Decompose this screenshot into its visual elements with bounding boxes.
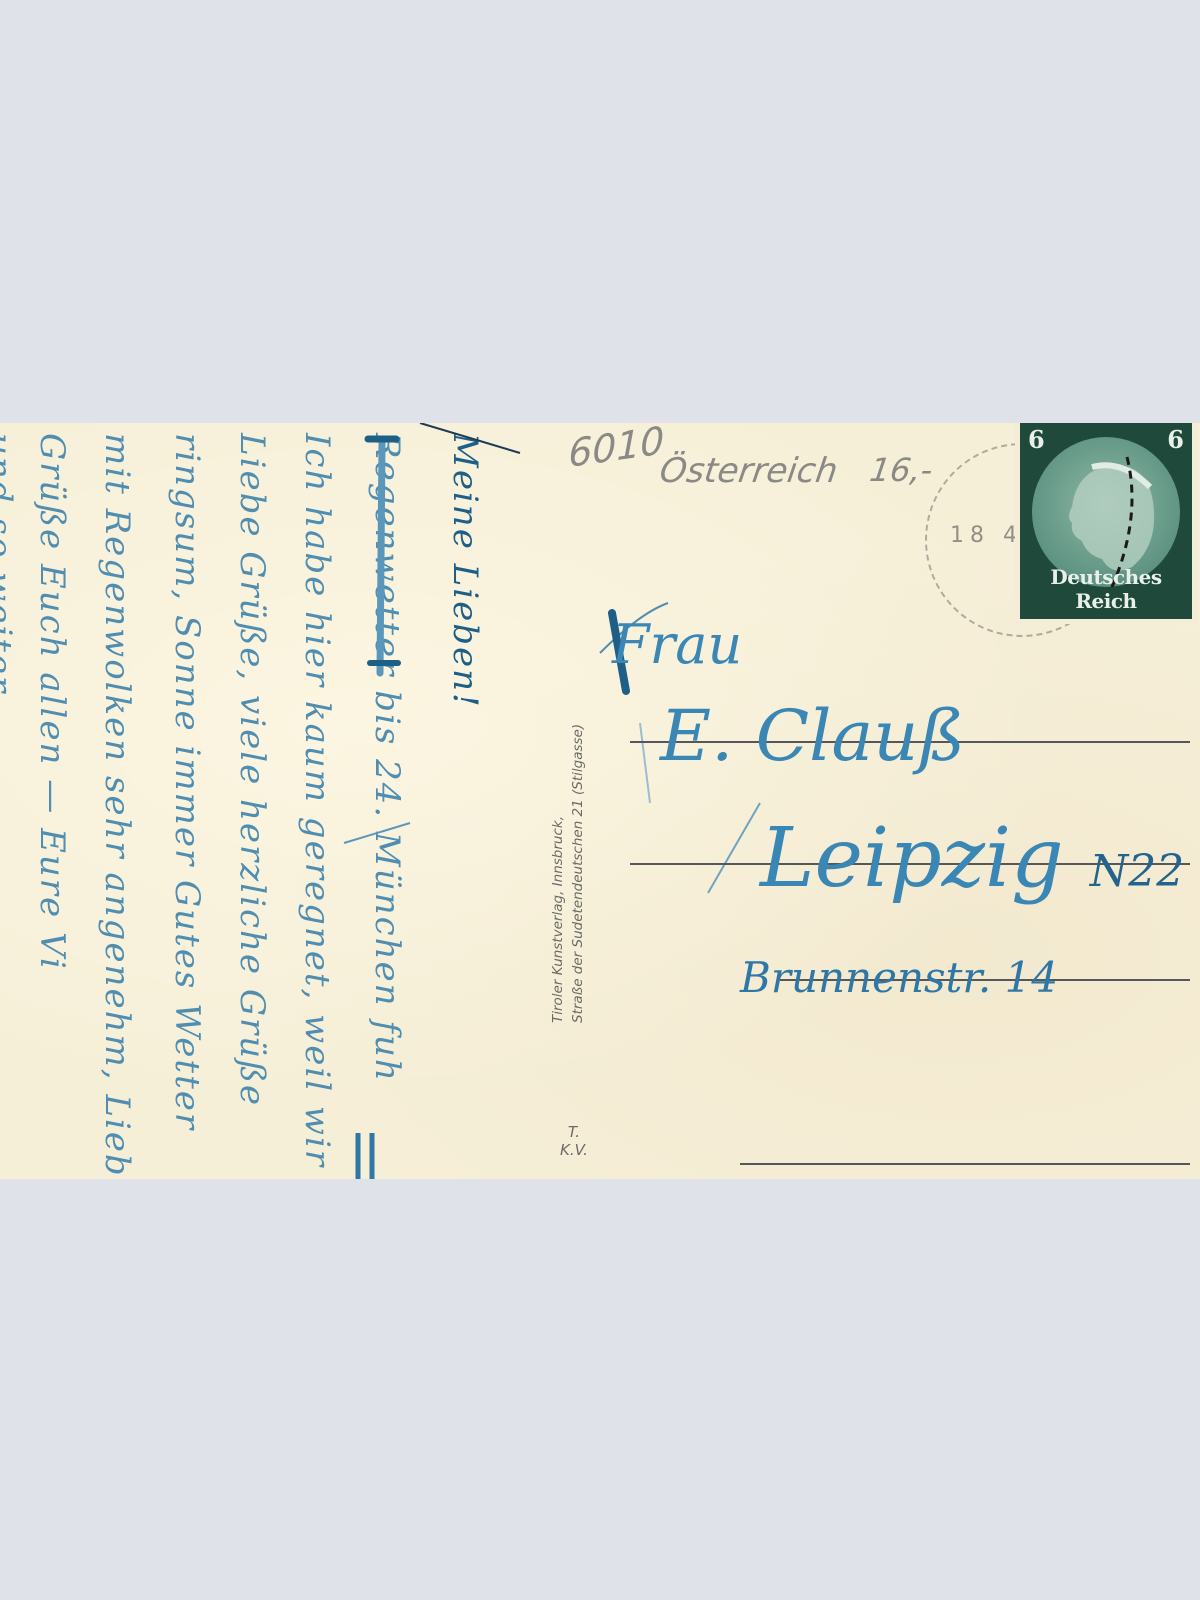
address-city-name: Leipzig bbox=[760, 811, 1064, 906]
address-postal-zone: N22 bbox=[1090, 846, 1185, 897]
message-line: Ich habe hier kaum geregnet, weil wir bbox=[300, 433, 334, 1168]
postcard-back: Meine Lieben! Regenwetter bis 24. Münche… bbox=[0, 423, 1200, 1179]
pencil-price: 16,- bbox=[867, 451, 935, 489]
message-line: Grüße Euch allen — Eure Vi bbox=[35, 433, 69, 971]
message-line: ringsum, Sonne immer Gutes Wetter bbox=[170, 433, 204, 1131]
address-city: Leipzig N22 bbox=[760, 811, 1184, 906]
address-name: E. Clauß bbox=[660, 695, 965, 777]
message-line: Meine Lieben! bbox=[448, 433, 482, 709]
message-line: mit Regenwolken sehr angenehm, Liebe bbox=[100, 433, 134, 1179]
imprint-line: Tiroler Kunstverlag, Innsbruck, bbox=[548, 603, 568, 1023]
message-line: und so weiter bbox=[0, 433, 16, 694]
publisher-mark: T. K.V. bbox=[560, 1123, 588, 1159]
postage-stamp: 6 6 Deutsches Reich bbox=[1020, 423, 1192, 619]
publisher-imprint: Tiroler Kunstverlag, Innsbruck, Straße d… bbox=[548, 603, 588, 1023]
stamp-value: 6 bbox=[1028, 425, 1045, 454]
pencil-postal-code: 6010 bbox=[568, 423, 664, 476]
message-line: Regenwetter bis 24. München fuh bbox=[370, 433, 404, 1083]
publisher-mark-line: T. bbox=[560, 1123, 588, 1141]
address-line bbox=[740, 1163, 1190, 1165]
postmark-date: 18 4 bbox=[950, 523, 1023, 548]
stamp-value: 6 bbox=[1167, 425, 1184, 454]
address-salutation: Frau bbox=[612, 613, 742, 676]
pencil-country: Österreich bbox=[657, 451, 840, 491]
imprint-line: Straße der Sudetendeutschen 21 (Stilgass… bbox=[568, 603, 588, 1023]
publisher-mark-line: K.V. bbox=[560, 1141, 588, 1159]
message-line: Liebe Grüße, viele herzliche Grüße bbox=[235, 433, 269, 1107]
handwritten-message: Meine Lieben! Regenwetter bis 24. Münche… bbox=[0, 423, 560, 1179]
address-street: Brunnenstr. 14 bbox=[740, 953, 1058, 1002]
stamp-caption: Deutsches Reich bbox=[1020, 565, 1192, 613]
